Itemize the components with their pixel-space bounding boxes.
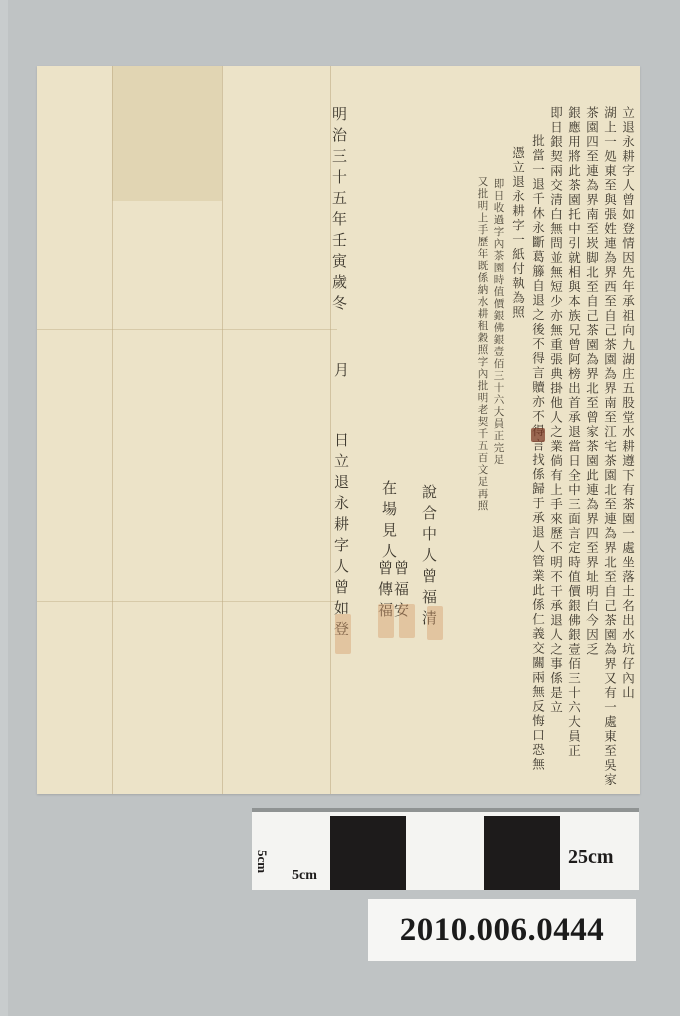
- deed-text-column: 憑立退永耕字一紙付執為照: [511, 146, 524, 320]
- witness-label: 在場見人: [381, 480, 396, 564]
- witness-seal: [399, 604, 415, 638]
- scale-black-segment: [330, 816, 406, 890]
- deed-text-column: 茶園四至連為界南至崁脚北至自己茶園為界北至曾家茶園此連為界四至界址明白今因乏: [585, 106, 598, 657]
- deed-text-column: 銀應用將此茶園托中引就相與本族兄曾阿榜出首承退當日全中三面言定時值價銀佛銀壹佰三…: [567, 106, 580, 759]
- accession-label: 2010.006.0444: [368, 899, 636, 961]
- fold-line: [112, 66, 113, 794]
- fold-line: [37, 329, 337, 330]
- signer-name: 日立退永耕字人曾如登: [333, 432, 348, 642]
- deed-date: 明治三十五年壬寅歲冬: [331, 106, 346, 316]
- note-column: 又批明上手歷年既係納水耕租穀照字內批明老契千五百文足再照: [477, 176, 488, 512]
- deed-document: 立退永耕字人曾如登情因先年承祖向九湖庄五股堂水耕遵下有茶園一處坐落土名出水坑仔內…: [37, 66, 640, 794]
- seal-mark: [531, 428, 545, 442]
- signer-seal: [335, 614, 351, 654]
- witness-seal: [378, 604, 394, 638]
- deed-text-column: 湖上一処東至與張姓連為界西至自己茶園為界南至江宅茶園北至連為界北至自己茶園為界又…: [603, 106, 616, 788]
- scale-25cm-label: 25cm: [568, 846, 614, 869]
- scale-5cm-label: 5cm: [292, 868, 317, 884]
- witness-seal: [427, 606, 443, 640]
- fold-line: [37, 601, 337, 602]
- background-edge: [0, 0, 8, 1016]
- scale-black-segment: [484, 816, 560, 890]
- deed-text-column: 立退永耕字人曾如登情因先年承祖向九湖庄五股堂水耕遵下有茶園一處坐落土名出水坑仔內…: [621, 106, 634, 701]
- accession-number: 2010.006.0444: [400, 912, 605, 949]
- note-column: 即日收過字內茶園時值價銀佛銀壹佰三十六大員正完足: [493, 178, 504, 466]
- month-marker: 月: [333, 362, 348, 383]
- deed-text-column: 即日銀契兩交清白無問並無短少亦無重張典掛他人之業倘有上手來歷不明不干承退人之事係…: [549, 106, 562, 715]
- deed-text-column: 批當一退千休永斷葛籐自退之後不得言贖亦不得言找係歸于承退人管業此係仁義交關兩無反…: [531, 134, 544, 772]
- fold-line: [222, 66, 223, 794]
- paper-stain: [112, 66, 222, 201]
- scale-bar: 5cm 5cm 25cm: [252, 812, 639, 890]
- scale-vertical-label: 5cm: [254, 850, 270, 873]
